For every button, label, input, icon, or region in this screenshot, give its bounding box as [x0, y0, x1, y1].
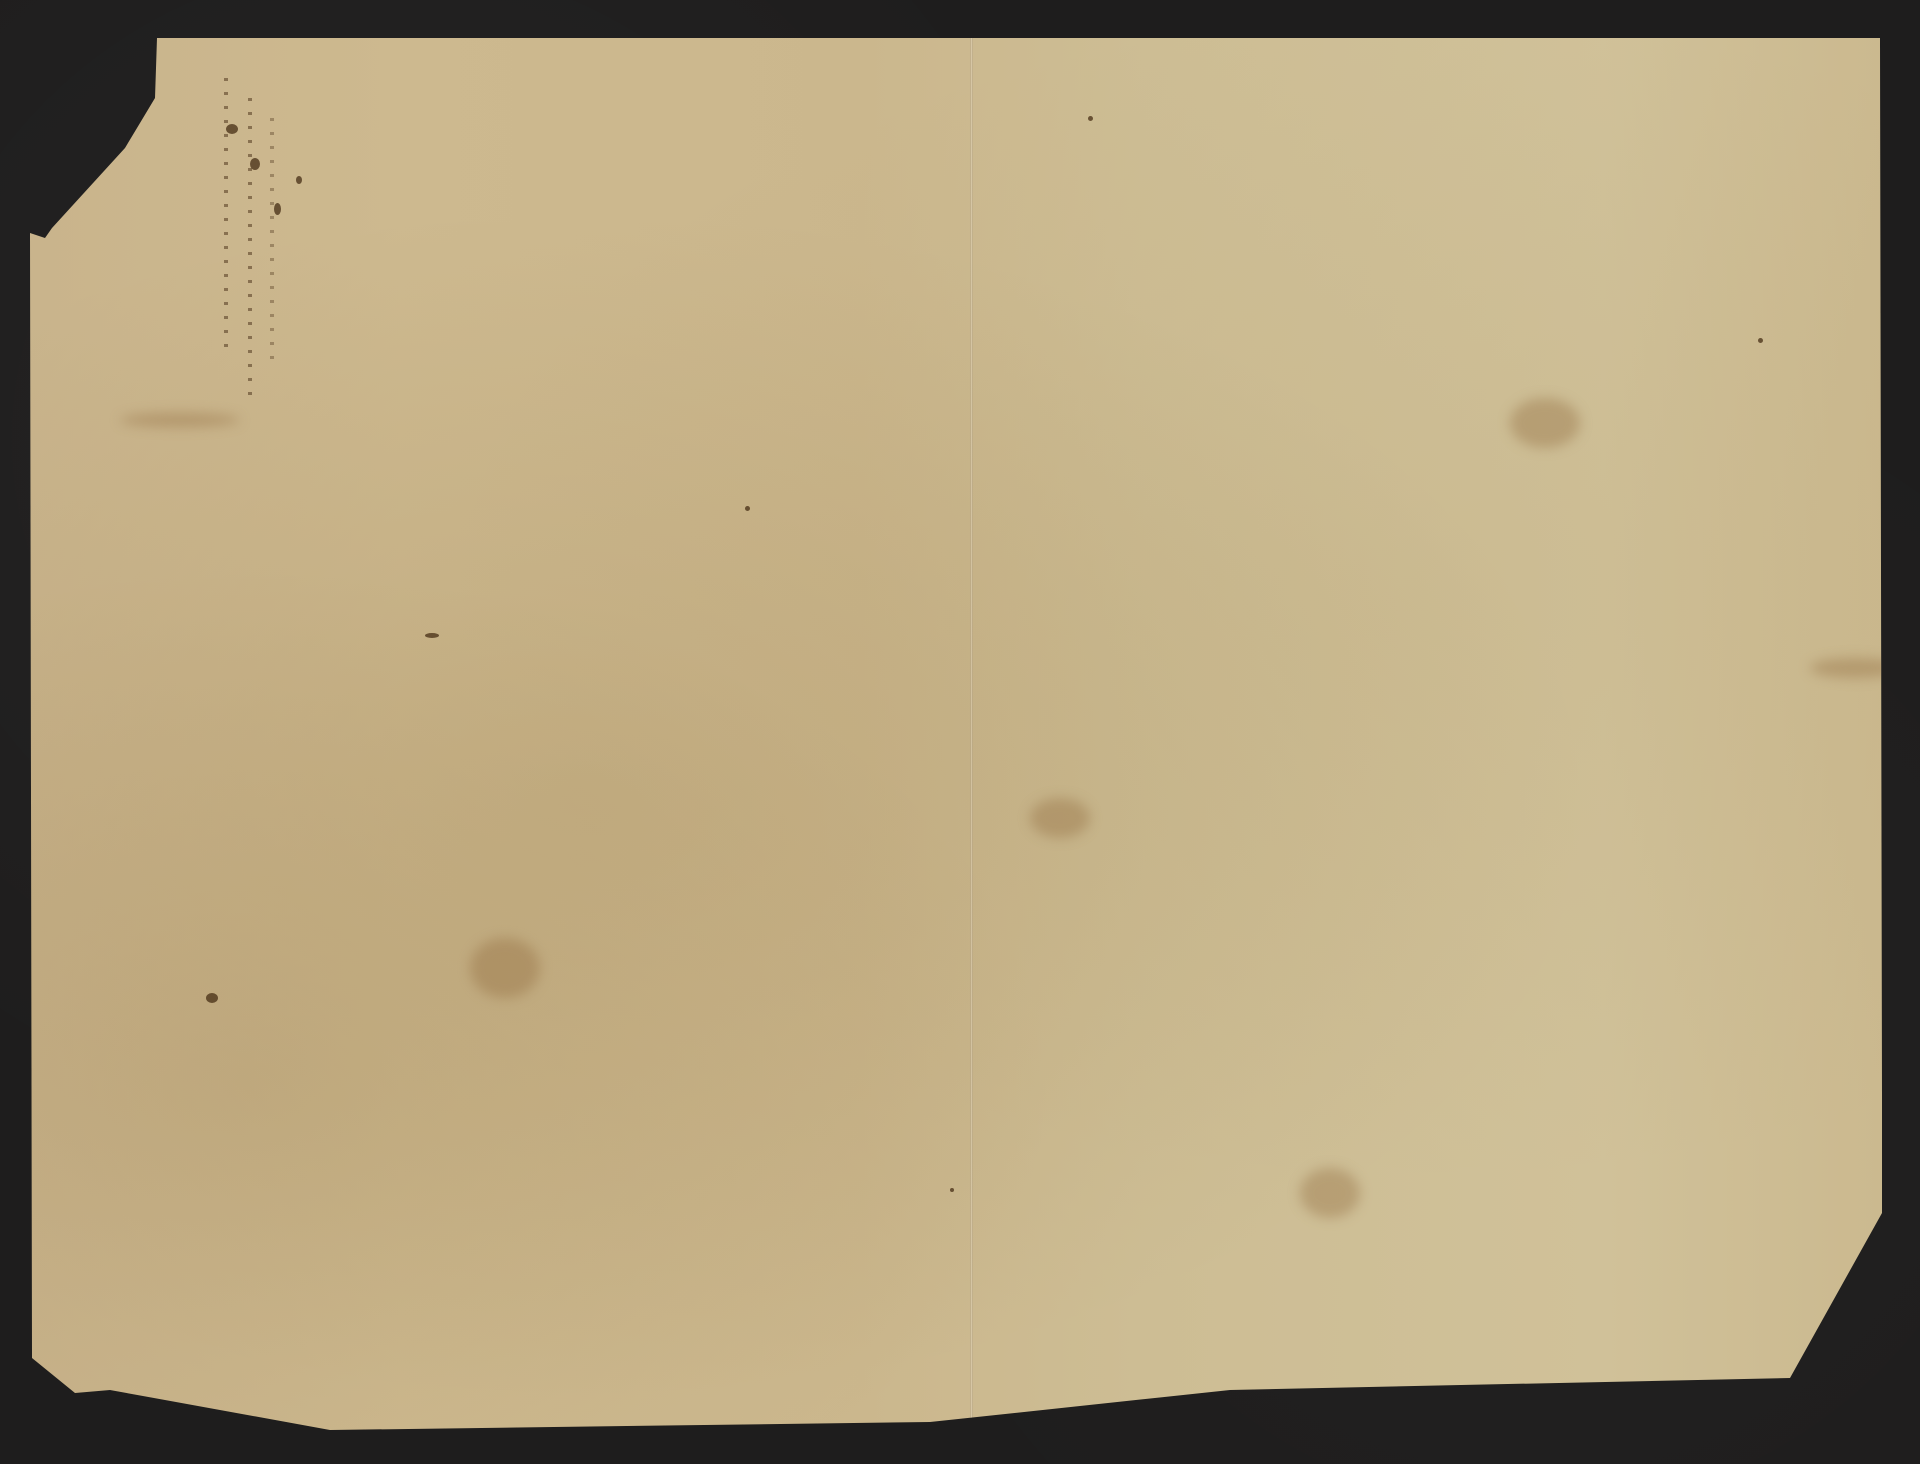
ink-spot	[745, 506, 750, 511]
foxing-stain	[120, 413, 240, 427]
foxing-stain	[1030, 798, 1090, 838]
ink-spot	[274, 203, 281, 215]
ink-spot	[226, 124, 238, 134]
ink-speckle-column	[248, 98, 252, 398]
ink-speckle-column	[224, 78, 228, 358]
ink-spot	[296, 176, 302, 184]
ink-spot	[950, 1188, 954, 1192]
ink-spot	[1758, 338, 1763, 343]
ink-speckle-column	[270, 118, 274, 368]
foxing-stain	[1300, 1168, 1360, 1218]
center-fold-line	[970, 38, 973, 1432]
foxing-stain	[1510, 398, 1580, 448]
paper-sheet	[30, 38, 1882, 1432]
ink-spot	[206, 993, 218, 1003]
foxing-stain	[470, 938, 540, 998]
ink-spot	[425, 633, 439, 638]
ink-spot	[250, 158, 260, 170]
ink-spot	[1088, 116, 1093, 121]
